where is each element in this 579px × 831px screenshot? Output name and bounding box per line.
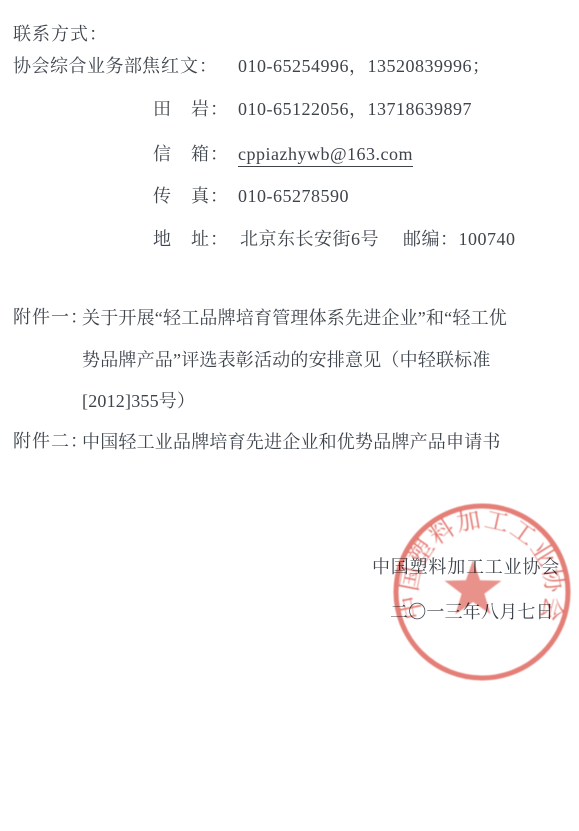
contact-fax-value: 010-65278590 xyxy=(238,186,349,207)
attachment-2-line: 中国轻工业品牌培育先进企业和优势品牌产品申请书 xyxy=(82,422,501,464)
attachment-1-line: [2012]355号） xyxy=(82,381,507,423)
document-page: 联系方式： 协会综合业务部 焦红文： 010-65254996，13520839… xyxy=(0,0,579,831)
signature-org-name: 中国塑料加工工业协会 xyxy=(372,557,560,578)
contact-name-label: 焦红文： xyxy=(142,56,218,77)
contact-heading: 联系方式： xyxy=(13,24,108,45)
official-seal: 中国塑料加工工业协会 xyxy=(388,498,578,688)
contact-email-value: cppiazhywb@163.com xyxy=(238,144,413,167)
contact-postcode-value: 邮编：100740 xyxy=(403,229,516,250)
attachment-1-line: 关于开展“轻工品牌培育管理体系先进企业”和“轻工优 xyxy=(82,298,507,340)
contact-address-value: 北京东长安街6号 xyxy=(240,229,379,250)
contact-phone-value: 010-65122056，13718639897 xyxy=(238,99,472,120)
attachment-2-label: 附件二： xyxy=(13,431,89,452)
contact-address-label: 地 址： xyxy=(153,229,229,250)
contact-phone-value: 010-65254996，13520839996； xyxy=(238,56,491,77)
contact-dept-label: 协会综合业务部 xyxy=(13,56,143,77)
signature-date: 二〇一三年八月七日 xyxy=(390,602,554,623)
seal-ring xyxy=(396,506,568,678)
contact-fax-label: 传 真： xyxy=(153,186,229,207)
attachment-1-label: 附件一： xyxy=(13,307,89,328)
attachment-1-line: 势品牌产品”评选表彰活动的安排意见（中轻联标准 xyxy=(82,340,507,382)
contact-name-label: 田 岩： xyxy=(153,99,229,120)
contact-email-label: 信 箱： xyxy=(153,144,229,165)
